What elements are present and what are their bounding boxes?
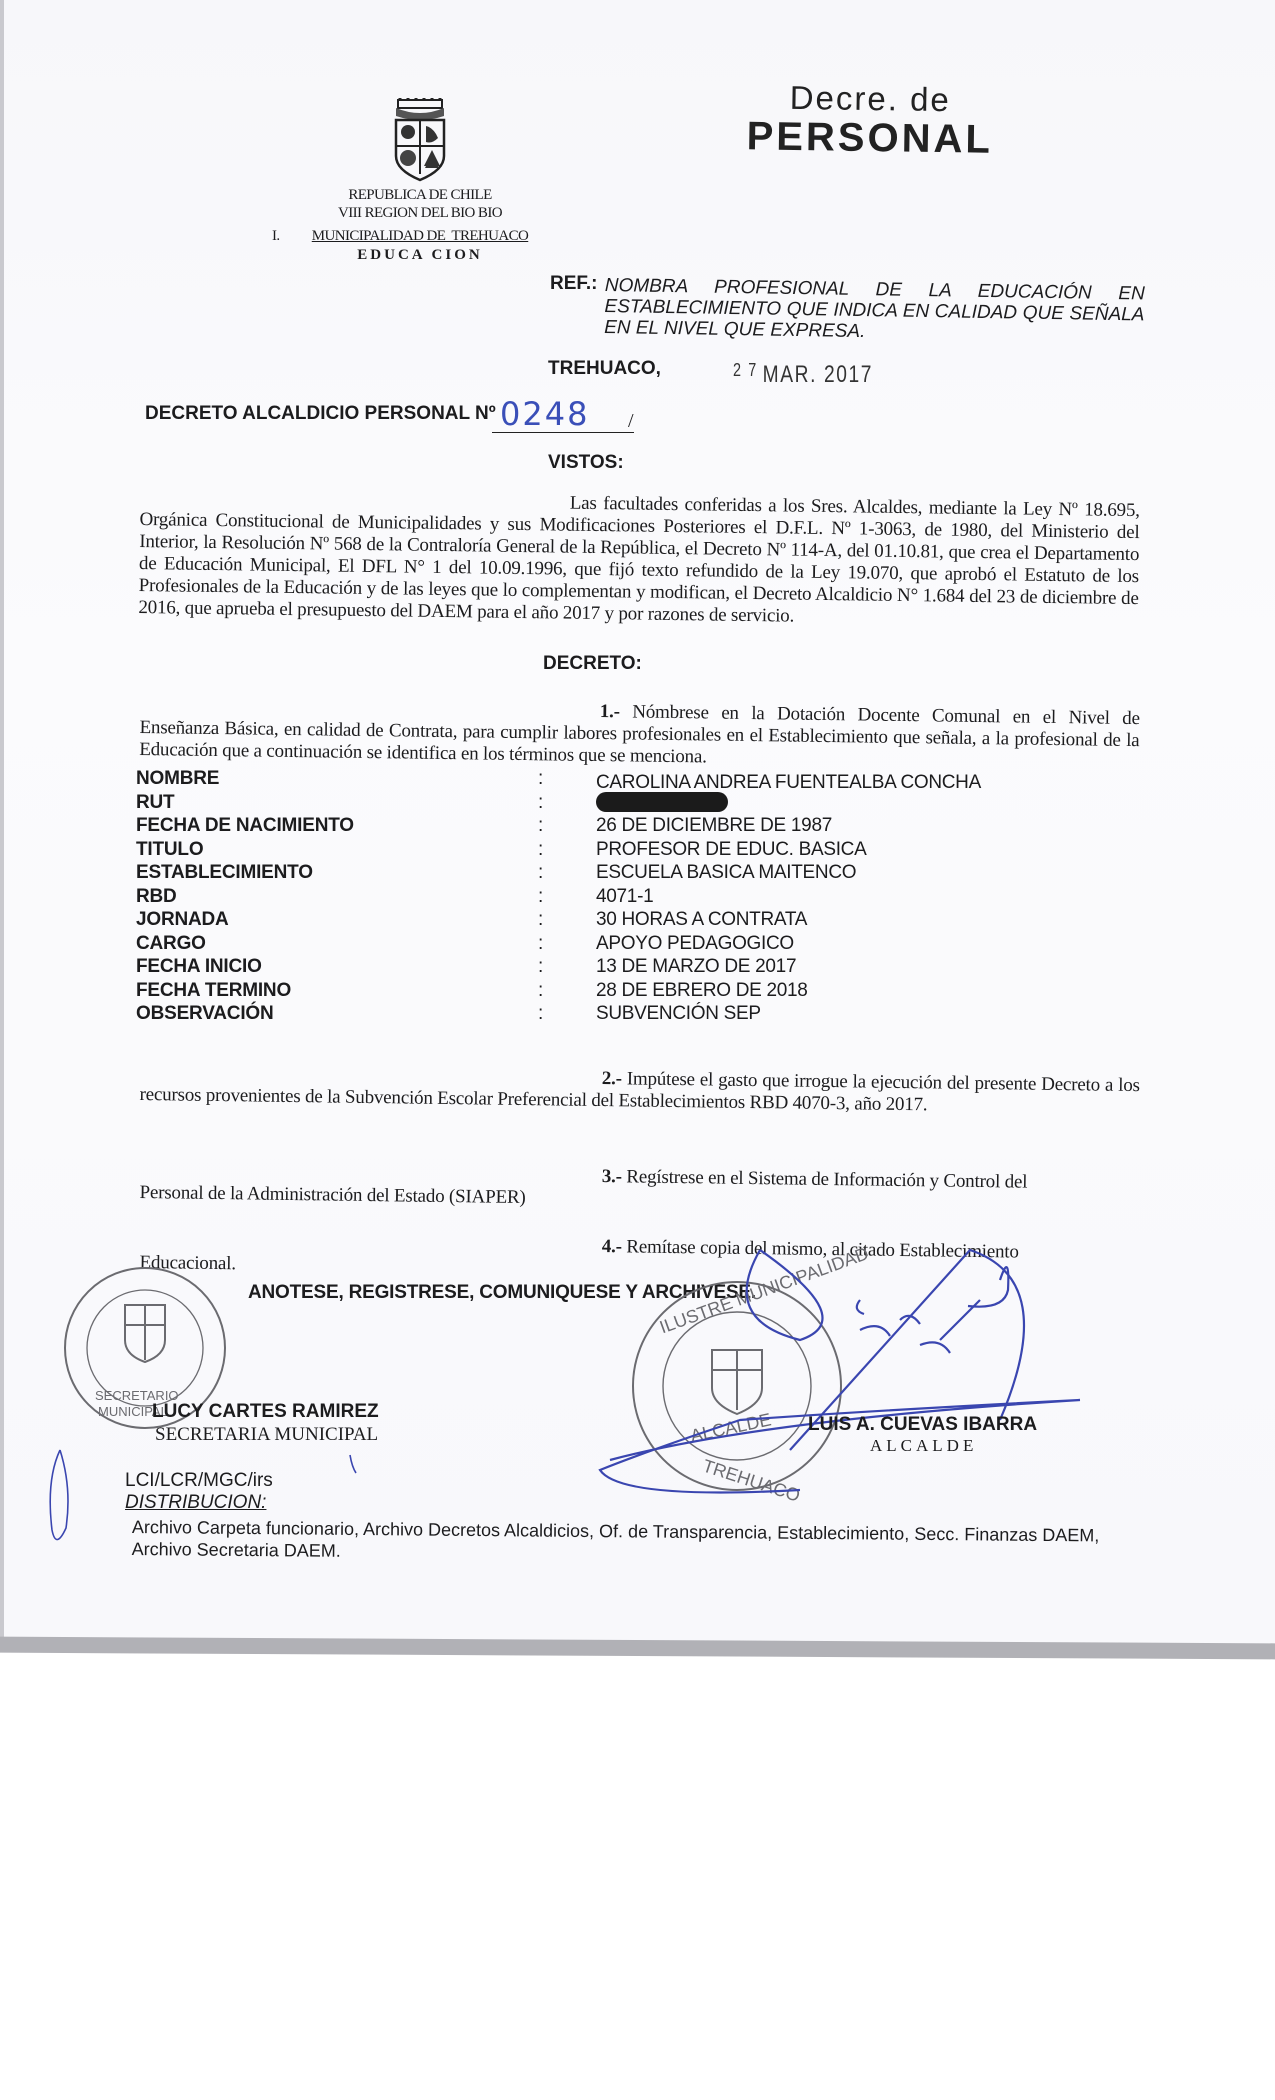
distribution-list: Archivo Carpeta funcionario, Archivo Dec… bbox=[132, 1516, 1142, 1569]
secretary-name: LUCY CARTES RAMIREZ bbox=[152, 1401, 379, 1423]
mayor-name: LUIS A. CUEVAS IBARRA bbox=[808, 1414, 1037, 1436]
secretary-title: SECRETARIA MUNICIPAL bbox=[155, 1424, 378, 1446]
svg-text:TREHUACO: TREHUACO bbox=[700, 1456, 802, 1506]
mayor-seal-icon bbox=[633, 1282, 841, 1490]
mayor-title: ALCALDE bbox=[870, 1436, 977, 1456]
reference-initials: LCI/LCR/MGC/irs bbox=[125, 1470, 273, 1492]
distribution-heading: DISTRIBUCION: bbox=[125, 1492, 266, 1514]
